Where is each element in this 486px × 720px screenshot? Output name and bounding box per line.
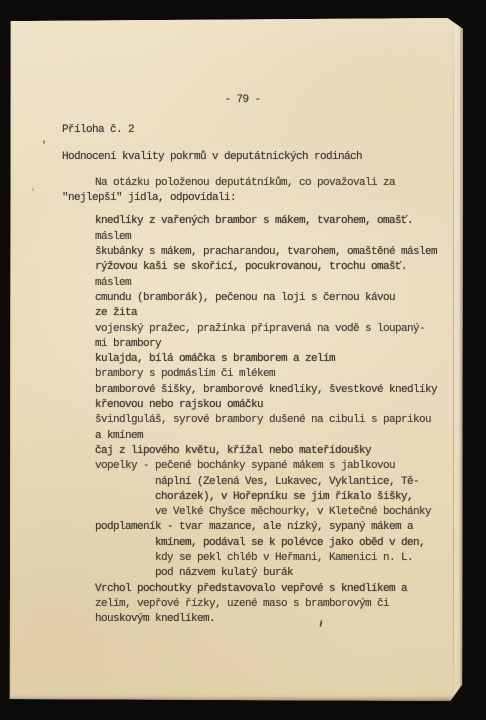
page-edge-crease (453, 24, 454, 696)
text-line: kulajda, bílá omáčka s bramborem a zelím (8, 352, 463, 367)
text-line: rýžovou kaši se skořicí, pocukrovanou, t… (8, 260, 463, 275)
text-line: knedlíky z vařených brambor s mákem, tva… (8, 214, 463, 229)
text-line: bramborové šišky, bramborové knedlíky, š… (8, 383, 463, 398)
scan-background: - 79 - Příloha č. 2 Hodnocení kvality po… (0, 0, 486, 720)
document-title: Hodnocení kvality pokrmů v deputátnickýc… (8, 150, 463, 165)
text-line: kmínem, podával se k polévce jako oběd v… (8, 536, 463, 551)
ink-speck (43, 140, 46, 144)
text-line: chorázek), v Hořepníku se jim říkalo šiš… (8, 490, 463, 505)
text-line: škubánky s mákem, pracharandou, tvarohem… (8, 245, 463, 260)
text-line: vopelky - pečené bochánky sypané mákem s… (8, 459, 463, 474)
text-line: houskovým knedlíkem. (8, 612, 463, 627)
document-body: Na otázku položenou deputátníkům, co pov… (8, 176, 463, 628)
text-line: vojenský pražec, pražínka připravená na … (8, 322, 463, 337)
text-line: podplameník - tvar mazance, ale nízký, s… (8, 520, 463, 535)
text-line: ze žita (8, 306, 463, 321)
text-line: křenovou nebo rajskou omáčku (8, 398, 463, 413)
text-line: kdy se pekl chléb v Heřmani, Kamenici n.… (8, 551, 463, 566)
text-line: cmundu (bramborák), pečenou na loji s če… (8, 291, 463, 306)
text-line: čaj z lipového květu, křížal nebo mateří… (8, 444, 463, 459)
document-page: - 79 - Příloha č. 2 Hodnocení kvality po… (8, 18, 463, 701)
text-line: náplní (Zelená Ves, Lukavec, Vyklantice,… (8, 475, 463, 490)
text-line: mi brambory (8, 337, 463, 352)
text-line: zelím, vepřové řízky, uzené maso s bramb… (8, 597, 463, 612)
text-line: "nejlepší" jídla, odpovídali: (8, 191, 463, 206)
text-line: máslem (8, 276, 463, 291)
attachment-label: Příloha č. 2 (8, 123, 463, 138)
text-line: brambory s podmáslím či mlékem (8, 367, 463, 382)
text-line: ve Velké Chyšce měchourky, v Kletečné bo… (8, 505, 463, 520)
page-number: - 79 - (8, 93, 463, 108)
text-line: Vrchol pochoutky představovalo vepřové s… (8, 582, 463, 597)
text-line: pod názvem kulatý burák (8, 566, 463, 581)
text-line: máslem (8, 230, 463, 245)
text-line: Na otázku položenou deputátníkům, co pov… (8, 176, 463, 191)
text-line: a kmínem (8, 429, 463, 444)
text-line: švindlguláš, syrové brambory dušené na c… (8, 413, 463, 428)
